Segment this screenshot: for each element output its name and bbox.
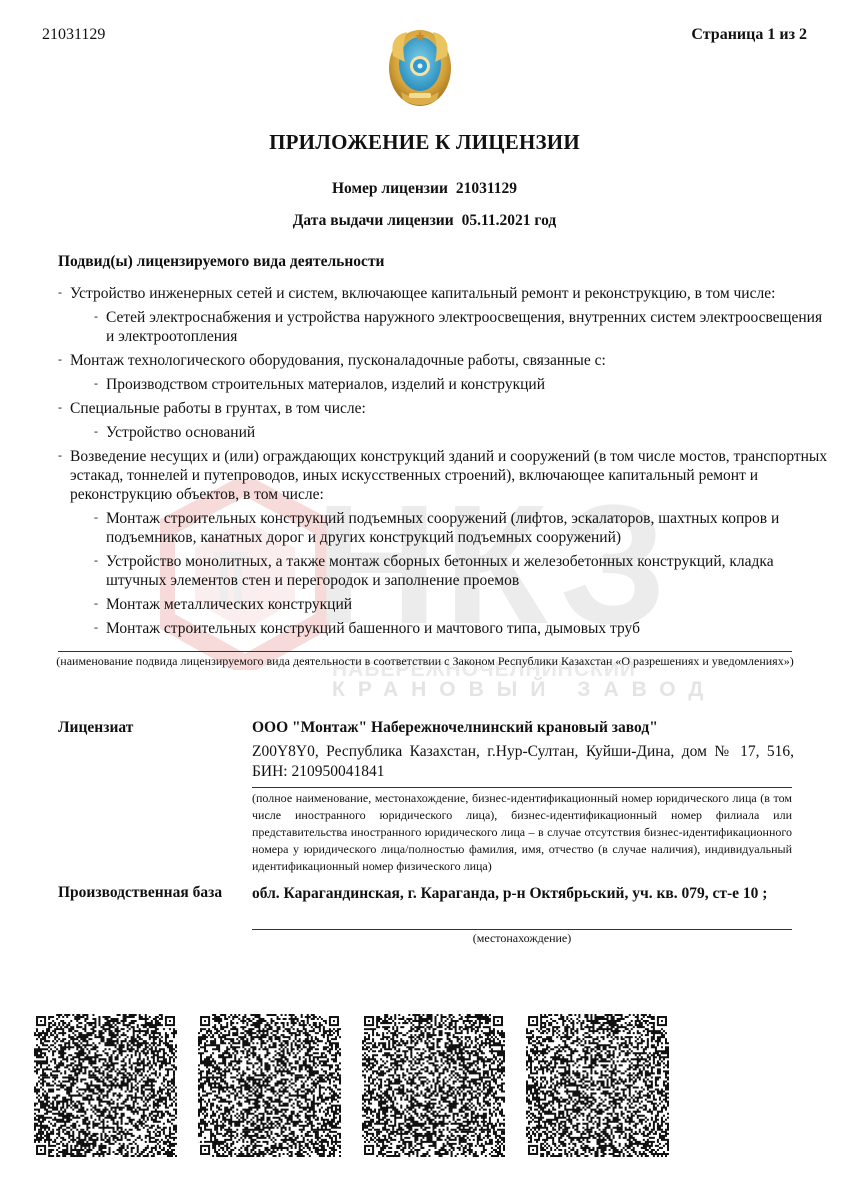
- document-number: 21031129: [42, 26, 105, 44]
- page-indicator: Страница 1 из 2: [691, 26, 807, 44]
- divider: [252, 929, 792, 930]
- subtype-text: Устройство монолитных, а также монтаж сб…: [106, 553, 774, 589]
- subtype-subitem: -Устройство оснований: [94, 423, 828, 442]
- subtype-text: Монтаж технологического оборудования, пу…: [70, 352, 606, 369]
- qr-code-icon: [34, 1014, 177, 1157]
- subtypes-list: -Устройство инженерных сетей и систем, в…: [58, 284, 828, 643]
- subtype-item: -Специальные работы в грунтах, в том чис…: [58, 399, 828, 418]
- bullet-dash: -: [94, 594, 98, 613]
- licensee-address: Z00Y8Y0, Республика Казахстан, г.Нур-Сул…: [252, 742, 794, 782]
- subtype-text: Устройство оснований: [106, 424, 255, 441]
- subtypes-heading: Подвид(ы) лицензируемого вида деятельнос…: [58, 253, 384, 271]
- issue-date-value: 05.11.2021 год: [462, 212, 557, 229]
- subtype-text: Возведение несущих и (или) ограждающих к…: [70, 448, 827, 503]
- subtype-item: -Монтаж технологического оборудования, п…: [58, 351, 828, 370]
- qr-code-3: [362, 1014, 505, 1157]
- qr-code-1: [34, 1014, 177, 1157]
- subtype-subitem: -Монтаж строительных конструкций подъемн…: [94, 509, 828, 547]
- subtype-subitem: -Устройство монолитных, а также монтаж с…: [94, 552, 828, 590]
- bullet-dash: -: [58, 398, 62, 417]
- divider: [252, 787, 792, 788]
- qr-code-icon: [362, 1014, 505, 1157]
- subtype-text: Монтаж строительных конструкций подъемны…: [106, 510, 779, 546]
- issue-date-label: Дата выдачи лицензии: [293, 212, 454, 229]
- subtype-text: Производством строительных материалов, и…: [106, 376, 545, 393]
- bullet-dash: -: [94, 307, 98, 326]
- subtype-text: Сетей электроснабжения и устройства нару…: [106, 309, 822, 345]
- state-emblem-icon: [387, 26, 453, 112]
- qr-code-2: [198, 1014, 341, 1157]
- subtype-item: -Возведение несущих и (или) ограждающих …: [58, 447, 828, 504]
- bullet-dash: -: [58, 283, 62, 302]
- license-number-value: 21031129: [456, 180, 517, 197]
- bullet-dash: -: [94, 618, 98, 637]
- qr-code-4: [526, 1014, 669, 1157]
- subtype-subitem: -Монтаж металлических конструкций: [94, 595, 828, 614]
- bullet-dash: -: [94, 551, 98, 570]
- licensee-note: (полное наименование, местонахождение, б…: [252, 790, 792, 875]
- bullet-dash: -: [94, 508, 98, 527]
- bullet-dash: -: [58, 350, 62, 369]
- qr-code-icon: [526, 1014, 669, 1157]
- production-base-value: обл. Карагандинская, г. Караганда, р-н О…: [252, 884, 794, 904]
- bullet-dash: -: [94, 374, 98, 393]
- production-base-label: Производственная база: [58, 884, 222, 902]
- subtype-subitem: -Монтаж строительных конструкций башенно…: [94, 619, 828, 638]
- license-number-label: Номер лицензии: [332, 180, 448, 197]
- watermark-line-2: КРАНОВЫЙ ЗАВОД: [332, 678, 716, 702]
- bullet-dash: -: [94, 422, 98, 441]
- bullet-dash: -: [58, 446, 62, 465]
- license-number: Номер лицензии21031129: [0, 180, 849, 198]
- subtypes-note: (наименование подвида лицензируемого вид…: [50, 654, 800, 668]
- subtype-text: Монтаж строительных конструкций башенног…: [106, 620, 640, 637]
- production-base-note: (местонахождение): [252, 931, 792, 946]
- issue-date: Дата выдачи лицензии05.11.2021 год: [0, 212, 849, 230]
- qr-code-icon: [198, 1014, 341, 1157]
- page-title: ПРИЛОЖЕНИЕ К ЛИЦЕНЗИИ: [0, 130, 849, 155]
- divider: [58, 651, 792, 652]
- subtype-subitem: -Производством строительных материалов, …: [94, 375, 828, 394]
- subtype-subitem: -Сетей электроснабжения и устройства нар…: [94, 308, 828, 346]
- subtype-item: -Устройство инженерных сетей и систем, в…: [58, 284, 828, 303]
- licensee-label: Лицензиат: [58, 719, 133, 737]
- subtype-text: Специальные работы в грунтах, в том числ…: [70, 400, 366, 417]
- subtype-text: Устройство инженерных сетей и систем, вк…: [70, 285, 775, 302]
- licensee-name: ООО "Монтаж" Набережночелнинский крановы…: [252, 719, 658, 737]
- subtype-text: Монтаж металлических конструкций: [106, 596, 352, 613]
